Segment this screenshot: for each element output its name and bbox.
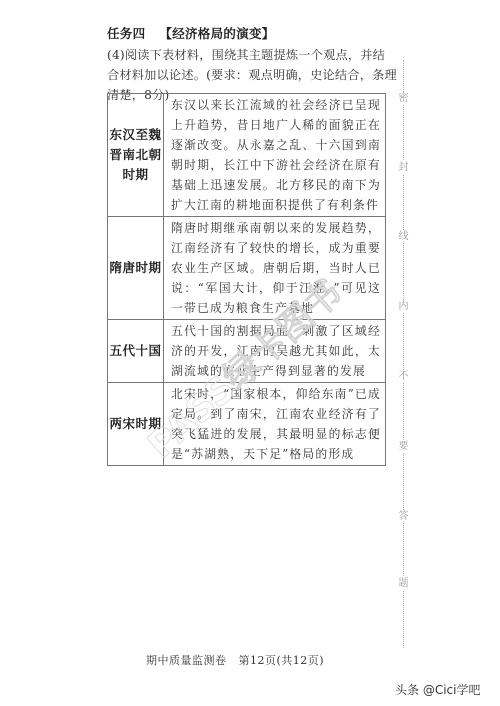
period-cell: 东汉至魏 晋南北朝 时期 [108, 94, 164, 217]
table-row: 五代十国 五代十国的割据局面，刺激了区域经济的开发，江南的吴越尤其如此，太湖流域… [108, 320, 386, 383]
binding-dotted-line [403, 60, 404, 648]
binding-char: 封 [396, 161, 411, 174]
period-cell: 两宋时期 [108, 383, 164, 466]
binding-char: 题 [396, 577, 411, 590]
exam-name: 期中质量监测卷 [146, 654, 227, 667]
content-cell: 北宋时，“国家根本，仰给东南”已成定局。到了南宋，江南农业经济有了突飞猛进的发展… [164, 383, 386, 466]
content-cell: 隋唐时期继承南朝以来的发展趋势，江南经济有了较快的增长，成为重要农业生产区域。唐… [164, 217, 386, 320]
period-cell: 隋唐时期 [108, 217, 164, 320]
binding-char: 内 [396, 300, 411, 313]
binding-char: 线 [396, 230, 411, 243]
binding-char: 要 [396, 440, 411, 453]
table-row: 东汉至魏 晋南北朝 时期 东汉以来长江流域的社会经济已呈现上升趋势，昔日地广人稀… [108, 94, 386, 217]
source-credit: 头条 @Cici学吧 [395, 681, 480, 698]
page-footer: 期中质量监测卷第12页(共12页) [146, 652, 324, 668]
binding-char: 密 [396, 92, 411, 105]
content-cell: 五代十国的割据局面，刺激了区域经济的开发，江南的吴越尤其如此，太湖流域的农业生产… [164, 320, 386, 383]
task-label: 任务四 [107, 26, 145, 41]
binding-char: 不 [396, 370, 411, 383]
task-title: 【经济格局的演变】 [159, 26, 274, 41]
material-table: 东汉至魏 晋南北朝 时期 东汉以来长江流域的社会经济已呈现上升趋势，昔日地广人稀… [107, 93, 386, 466]
table-row: 两宋时期 北宋时，“国家根本，仰给东南”已成定局。到了南宋，江南农业经济有了突飞… [108, 383, 386, 466]
page-number: 第12页(共12页) [239, 654, 325, 667]
period-cell: 五代十国 [108, 320, 164, 383]
task-heading: 任务四【经济格局的演变】 [107, 24, 275, 42]
binding-char: 答 [396, 510, 411, 523]
table-row: 隋唐时期 隋唐时期继承南朝以来的发展趋势，江南经济有了较快的增长，成为重要农业生… [108, 217, 386, 320]
content-cell: 东汉以来长江流域的社会经济已呈现上升趋势，昔日地广人稀的面貌正在逐渐改变。从永嘉… [164, 94, 386, 217]
